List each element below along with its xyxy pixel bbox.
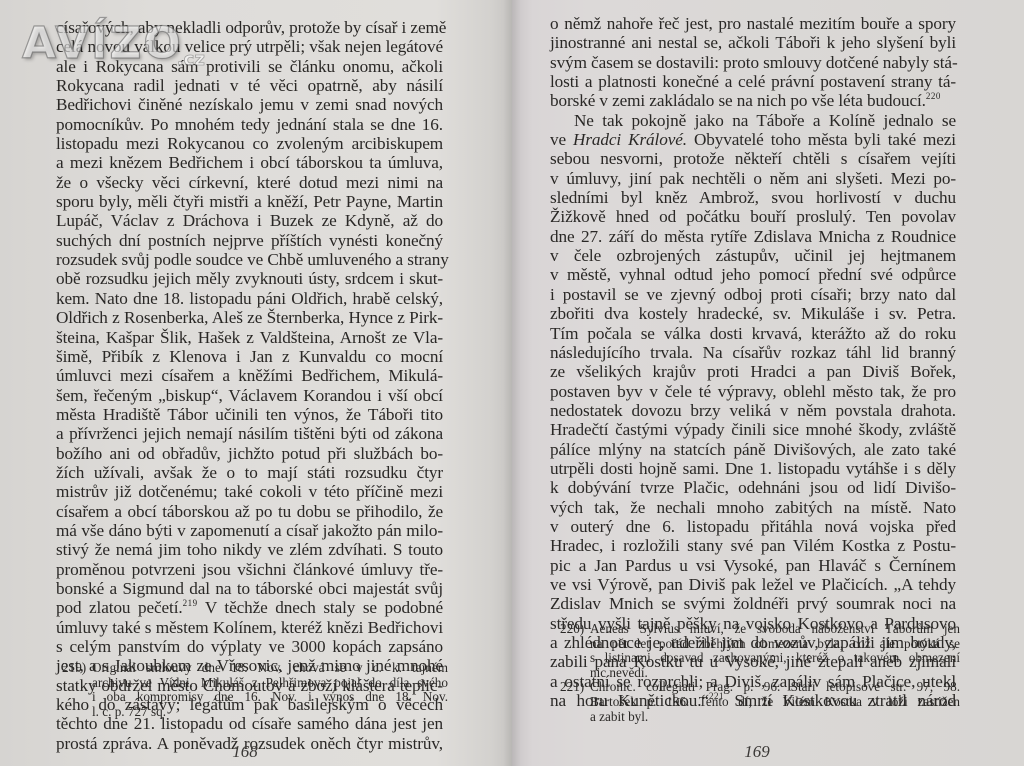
text-line: Oldřich z Rosenberka, Aleš ze Šternberka… bbox=[56, 308, 443, 327]
footnote-line: Originál smlouvy dne 18. Nov. chová se v… bbox=[92, 661, 448, 676]
text-line: úmluvy také s městem Kolínem, kteréž kně… bbox=[56, 618, 443, 637]
text-line: listopadu mezi Rokycanou co zvoleným arc… bbox=[56, 134, 443, 153]
text-line: pálíce mlýny na statcích páně Divišových… bbox=[550, 440, 956, 459]
text-segment: borské v zemi zakládalo se na nich po vš… bbox=[550, 91, 926, 110]
footnote-line: i oba kompromisy dne 16. Nov. i výnos dn… bbox=[92, 690, 448, 705]
right-page: o němž nahoře řeč jest, pro nastalé mezi… bbox=[512, 0, 1024, 766]
text-line: následujícího trvala. Na císařův rozkaz … bbox=[550, 343, 956, 362]
text-line: ze všelikých krajův proti Hradci a pan D… bbox=[550, 362, 956, 381]
page-number: 169 bbox=[512, 742, 1002, 762]
text-line: Bedřichovi činěné nezískalo jemu v zemi … bbox=[56, 95, 443, 114]
text-line: zbořiti dva kostely hradecké, sv. Mikulá… bbox=[550, 304, 956, 323]
text-line: v úmluvy, jiní pak nechtěli o něm ani sl… bbox=[550, 169, 956, 188]
text-line: sporu byly, měli čtyři mistři a kněží, P… bbox=[56, 192, 443, 211]
text-line: v outerý dne 6. listopadu přitáhla nová … bbox=[550, 517, 956, 536]
text-line: sebou nesvorni, protože někteří chtěli s… bbox=[550, 149, 956, 168]
text-segment: Obyvatelé toho města byli také mezi bbox=[687, 130, 956, 149]
footnote-line: Chronic. collegiati Prag. p. 96. Staří l… bbox=[590, 680, 960, 695]
text-line: a přívrženci jejich nemají násilím tiště… bbox=[56, 424, 443, 443]
footnote-number: 219) bbox=[62, 661, 86, 676]
text-line: že o všecky věci církevní, které dotud m… bbox=[56, 173, 443, 192]
text-line: ale i Rokycana sám protivili se článku o… bbox=[56, 57, 443, 76]
text-line: celá novou válkou velice prý utrpěli; vš… bbox=[56, 37, 443, 56]
text-line: má vše dáno býti v zapomenutí a císař ja… bbox=[56, 521, 443, 540]
text-line: pic a Jan Pardus u vsi Vysoké, pan Hlavá… bbox=[550, 556, 956, 575]
footnote-line: archivu ve Vídni. Mikuláš z Pelhřimova p… bbox=[92, 676, 448, 691]
text-segment: pod zlatou pečetí. bbox=[56, 598, 183, 617]
italic-place-name: Hradci Králové. bbox=[573, 130, 687, 149]
text-line: císařových, aby nekladli odporův, protož… bbox=[56, 18, 443, 37]
footnote-reference-220[interactable]: 220 bbox=[926, 91, 941, 101]
text-line: mistrův již dotčenému; také cokoli v tét… bbox=[56, 482, 443, 501]
text-line: šteina, Kašpar Šlik, Hašek z Valdšteina,… bbox=[56, 328, 443, 347]
text-line: o němž nahoře řeč jest, pro nastalé mezi… bbox=[550, 14, 956, 33]
footnote-number: 221) bbox=[560, 680, 584, 695]
text-line: rozsudek svůj podle soudce ve Chbě umluv… bbox=[56, 250, 443, 269]
footnote-221: 221) Chronic. collegiati Prag. p. 96. St… bbox=[560, 680, 960, 724]
text-line: Rokycana radil jednati v té věci opatrně… bbox=[56, 76, 443, 95]
text-line: v čele ozbrojených zástupův, učinil jej … bbox=[550, 246, 956, 265]
footnote-reference-219[interactable]: 219 bbox=[183, 598, 198, 608]
text-line: Hradečtí častými výpady činili sice mnoh… bbox=[550, 420, 956, 439]
footnote-line: na pět let pořád zběhlých obmezena byla,… bbox=[590, 637, 960, 652]
text-line: k dobývání tvrze Plačic, odehnáni jsou o… bbox=[550, 478, 956, 497]
footnote-line: a zabit byl. bbox=[590, 710, 960, 725]
text-line: šem, řečeným „biskup“, Václavem Korandou… bbox=[56, 386, 443, 405]
footnote-219: 219) Originál smlouvy dne 18. Nov. chová… bbox=[62, 661, 448, 719]
left-page: císařových, aby nekladli odporův, protož… bbox=[0, 0, 512, 766]
left-page-footnotes: 219) Originál smlouvy dne 18. Nov. chová… bbox=[62, 661, 448, 719]
footnote-line: l. c. p. 727 sq. bbox=[92, 705, 448, 720]
text-line: šimě, Přibík z Klenova i Jan z Kunvaldu … bbox=[56, 347, 443, 366]
text-line: borské v zemi zakládalo se na nich po vš… bbox=[550, 91, 956, 110]
text-line: žích užívali, avšak že o to mají státi r… bbox=[56, 463, 443, 482]
text-line: města Hradiště Tábor učinili ten výnos, … bbox=[56, 405, 443, 424]
text-line: proměnou potvrzeni jsou všichni článkové… bbox=[56, 560, 443, 579]
text-line: pomocníkův. Po mnohém tedy jednání stala… bbox=[56, 115, 443, 134]
left-page-body-text: císařových, aby nekladli odporův, protož… bbox=[56, 18, 443, 753]
text-line: Hradec, i rozložili stany své pan Vilém … bbox=[550, 536, 956, 555]
text-line: Ne tak pokojně jako na Táboře a Kolíně j… bbox=[550, 111, 956, 130]
footnote-line: s listinami dosavad zachovanými, kteréž … bbox=[590, 651, 960, 666]
text-line: postaven byv v čele té výpravy, oblehl m… bbox=[550, 382, 956, 401]
text-line: Lupáč, Václav z Dráchova i Buzek ze Kdyn… bbox=[56, 211, 443, 230]
right-page-body-text: o němž nahoře řeč jest, pro nastalé mezi… bbox=[550, 14, 956, 710]
text-line: pod zlatou pečetí.219 V těchže dnech sta… bbox=[56, 598, 443, 617]
text-line: svým časem se dostavili: proto smlouvy d… bbox=[550, 53, 956, 72]
text-line: Zdislav Mnich se svými žoldnéři prvý sou… bbox=[550, 594, 956, 613]
book-spread: císařových, aby nekladli odporův, protož… bbox=[0, 0, 1024, 766]
text-line: vých tak, že nechali mnoho zabitých na m… bbox=[550, 498, 956, 517]
text-line: a mezi knězem Bedřichem i obcí táborskou… bbox=[56, 153, 443, 172]
footnote-number: 220) bbox=[560, 622, 584, 637]
text-line: sledními byl kněz Ambrož, svou horlivost… bbox=[550, 188, 956, 207]
footnote-220: 220) Aeneas Sylvius mluví, že svoboda ná… bbox=[560, 622, 960, 680]
text-line: dne 27. září do města rytíře Zdislava Mn… bbox=[550, 227, 956, 246]
text-line: obě rozsudku jejich měly zvyknouti ústy,… bbox=[56, 269, 443, 288]
text-segment: ve bbox=[550, 130, 573, 149]
footnote-line: nic nevědí. bbox=[590, 666, 960, 681]
footnote-line: Aeneas Sylvius mluví, že svoboda nábožen… bbox=[590, 622, 960, 637]
text-line: Žižkově hned od počátku bouří proslulý. … bbox=[550, 207, 956, 226]
text-line: utrpěli dosti hojně sami. Dne 1. listopa… bbox=[550, 459, 956, 478]
text-line: kem. Nato dne 18. listopadu páni Oldřich… bbox=[56, 289, 443, 308]
page-number: 168 bbox=[0, 742, 490, 762]
right-page-footnotes: 220) Aeneas Sylvius mluví, že svoboda ná… bbox=[560, 622, 960, 724]
text-line: s celým panstvím do výplaty ve 3000 kopá… bbox=[56, 637, 443, 656]
footnote-line: Bartošek p. 196. Tento dí, že Vilém Kost… bbox=[590, 695, 960, 710]
text-line: i postavil se ve zjevný odboj proti císa… bbox=[550, 285, 956, 304]
text-line: úmluvci mezi císařem a kněžími Bedřichem… bbox=[56, 366, 443, 385]
text-segment: V těchže dnech staly se podobné bbox=[198, 598, 443, 617]
text-line: císařem a obcí táborskou až po tu dobu s… bbox=[56, 502, 443, 521]
text-line: v městě, vyhnal odtud jeho pomocí přední… bbox=[550, 265, 956, 284]
text-line: ve Hradci Králové. Obyvatelé toho města … bbox=[550, 130, 956, 149]
text-line: nedostatek dovozu brzy veliká v něm povs… bbox=[550, 401, 956, 420]
text-line: stivý že nemá jim toho nikdy ve zlém zdv… bbox=[56, 540, 443, 559]
text-line: božího ani od obřadův, jichžto potud při… bbox=[56, 444, 443, 463]
text-line: ve vsi Výrově, pan Diviš pak ležel ve Pl… bbox=[550, 575, 956, 594]
text-line: suchých dní postních nejprve příštích vy… bbox=[56, 231, 443, 250]
text-line: bonské a Sigmund dal na to táborské obci… bbox=[56, 579, 443, 598]
text-line: losti a platnosti konečné a celé právní … bbox=[550, 72, 956, 91]
text-line: jinostranné ani nestal se, ačkoli Táboři… bbox=[550, 33, 956, 52]
text-line: Tím počala se válka dosti krvavá, kteráž… bbox=[550, 324, 956, 343]
